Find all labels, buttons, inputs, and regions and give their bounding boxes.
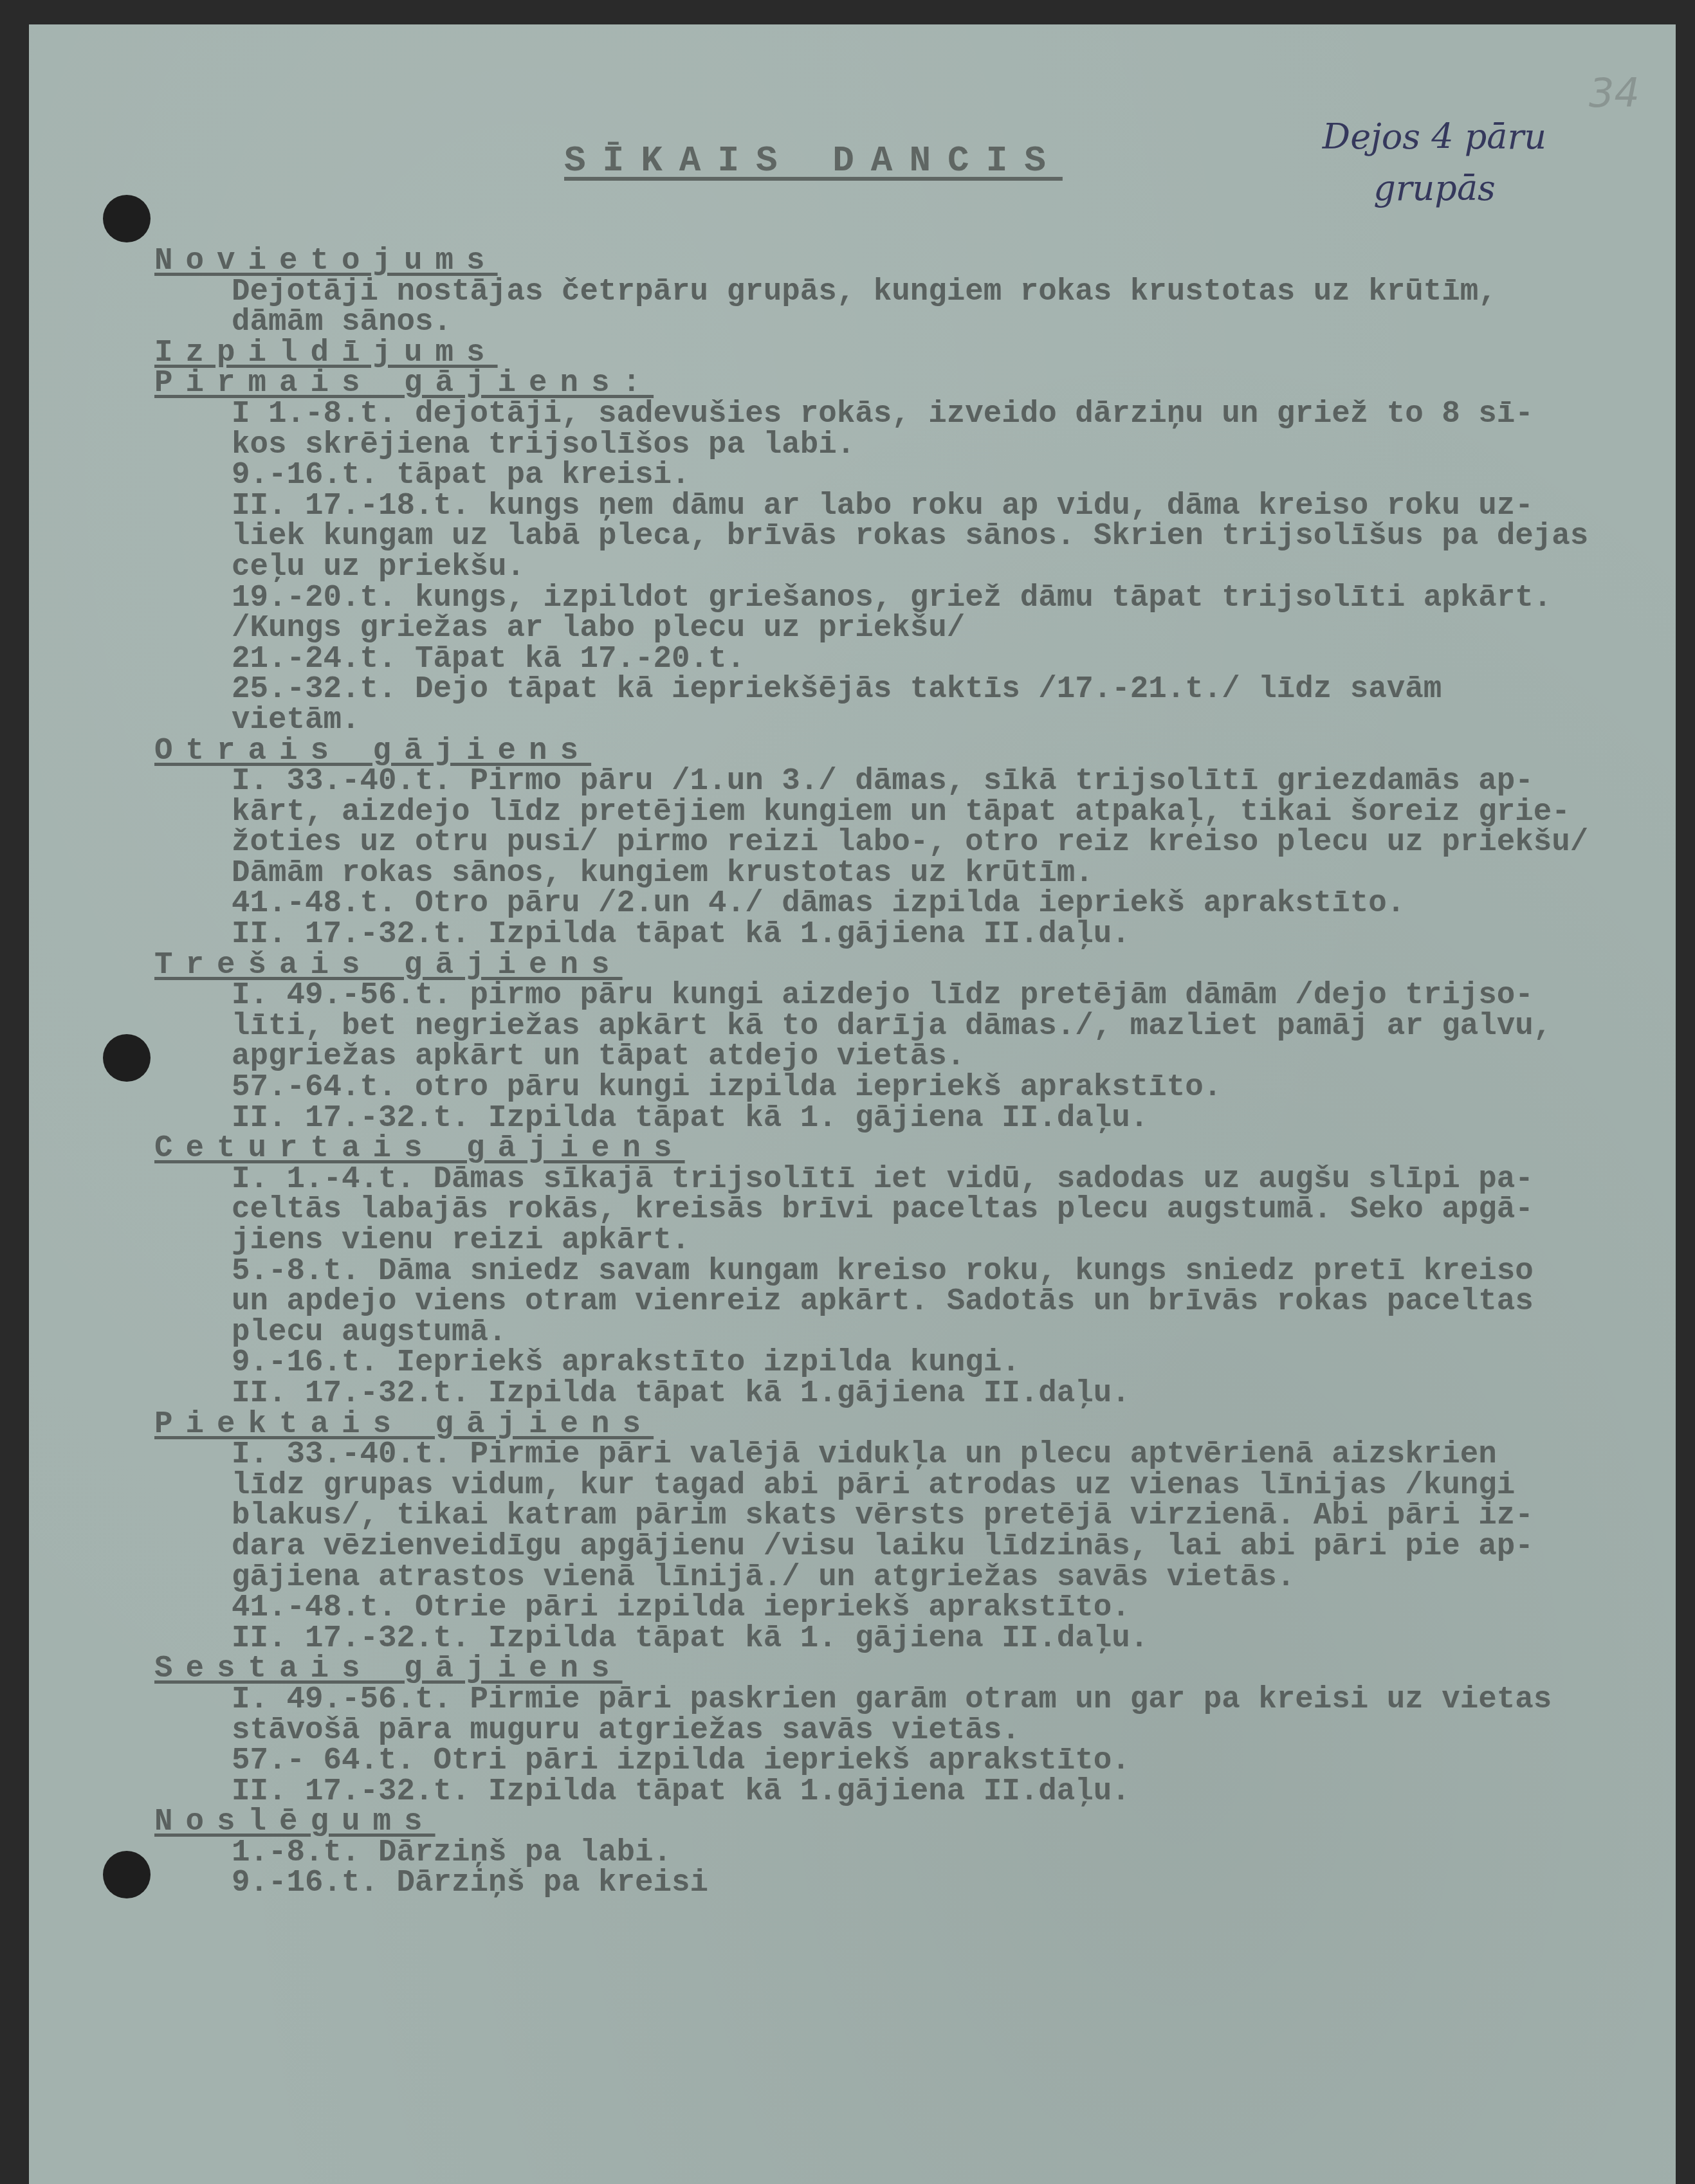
section-heading: Otrais gājiens <box>154 736 1685 767</box>
section-heading: Piektais gājiens <box>154 1410 1685 1441</box>
text-line: līti, bet negriežas apkārt kā to darīja … <box>154 1012 1685 1042</box>
text-line: II. 17.-32.t. Izpilda tāpat kā 1. gājien… <box>154 1104 1685 1134</box>
punch-hole <box>103 195 151 242</box>
text-line: plecu augstumā. <box>154 1318 1685 1349</box>
page-number: 34 <box>1589 69 1640 116</box>
section-heading: Pirmais gājiens: <box>154 369 1685 399</box>
text-line: 1.-8.t. Dārziņš pa labi. <box>154 1838 1685 1869</box>
text-line: gājiena atrastos vienā līnijā./ un atgri… <box>154 1563 1685 1594</box>
text-line: 9.-16.t. Dārziņš pa kreisi <box>154 1868 1685 1899</box>
text-line: Dāmām rokas sānos, kungiem krustotas uz … <box>154 859 1685 889</box>
text-line: celtās labajās rokās, kreisās brīvi pace… <box>154 1195 1685 1226</box>
text-line: liek kungam uz labā pleca, brīvās rokas … <box>154 522 1685 552</box>
punch-hole <box>103 1034 151 1082</box>
text-line: I. 33.-40.t. Pirmo pāru /1.un 3./ dāmas,… <box>154 767 1685 797</box>
text-line: kos skrējiena trijsolīšos pa labi. <box>154 430 1685 461</box>
text-line: ceļu uz priekšu. <box>154 552 1685 583</box>
text-line: 57.-64.t. otro pāru kungi izpilda ieprie… <box>154 1073 1685 1104</box>
text-line: blakus/, tikai katram pārim skats vērsts… <box>154 1501 1685 1532</box>
text-line: 41.-48.t. Otro pāru /2.un 4./ dāmas izpi… <box>154 889 1685 920</box>
section-heading: Trešais gājiens <box>154 951 1685 981</box>
text-line: žoties uz otru pusi/ pirmo reizi labo-, … <box>154 828 1685 859</box>
text-line: 9.-16.t. tāpat pa kreisi. <box>154 460 1685 491</box>
text-line: I. 49.-56.t. pirmo pāru kungi aizdejo lī… <box>154 981 1685 1012</box>
text-line: /Kungs griežas ar labo plecu uz priekšu/ <box>154 614 1685 644</box>
document-body: NovietojumsDejotāji nostājas četrpāru gr… <box>154 246 1685 1899</box>
text-line: līdz grupas vidum, kur tagad abi pāri at… <box>154 1471 1685 1502</box>
text-line: kārt, aizdejo līdz pretējiem kungiem un … <box>154 797 1685 828</box>
section-heading: Novietojums <box>154 246 1685 277</box>
text-line: I 1.-8.t. dejotāji, sadevušies rokās, iz… <box>154 399 1685 430</box>
document-page: 34 Dejos 4 pāru grupās SĪKAIS DANCIS Nov… <box>29 24 1676 2184</box>
text-line: 19.-20.t. kungs, izpildot griešanos, gri… <box>154 583 1685 614</box>
text-line: dara vēzienveidīgu apgājienu /visu laiku… <box>154 1532 1685 1563</box>
text-line: vietām. <box>154 705 1685 736</box>
text-line: 5.-8.t. Dāma sniedz savam kungam kreiso … <box>154 1257 1685 1288</box>
text-line: II. 17.-32.t. Izpilda tāpat kā 1.gājiena… <box>154 1777 1685 1808</box>
document-title: SĪKAIS DANCIS <box>564 140 1063 181</box>
handwritten-line: grupās <box>1296 163 1573 214</box>
text-line: dāmām sānos. <box>154 307 1685 338</box>
punch-hole <box>103 1851 151 1898</box>
text-line: II. 17.-18.t. kungs ņem dāmu ar labo rok… <box>154 491 1685 522</box>
section-heading: Ceturtais gājiens <box>154 1134 1685 1165</box>
text-line: jiens vienu reizi apkārt. <box>154 1226 1685 1257</box>
section-heading: Noslēgums <box>154 1807 1685 1838</box>
text-line: I. 33.-40.t. Pirmie pāri valējā vidukļa … <box>154 1440 1685 1471</box>
section-heading: Izpildījums <box>154 338 1685 369</box>
text-line: 57.- 64.t. Otri pāri izpilda iepriekš ap… <box>154 1746 1685 1777</box>
text-line: II. 17.-32.t. Izpilda tāpat kā 1.gājiena… <box>154 920 1685 951</box>
text-line: I. 1.-4.t. Dāmas sīkajā trijsolītī iet v… <box>154 1165 1685 1196</box>
text-line: 21.-24.t. Tāpat kā 17.-20.t. <box>154 644 1685 675</box>
handwritten-line: Dejos 4 pāru <box>1296 111 1573 163</box>
text-line: 25.-32.t. Dejo tāpat kā iepriekšējās tak… <box>154 675 1685 705</box>
text-line: 41.-48.t. Otrie pāri izpilda iepriekš ap… <box>154 1593 1685 1624</box>
text-line: un apdejo viens otram vienreiz apkārt. S… <box>154 1287 1685 1318</box>
text-line: II. 17.-32.t. Izpilda tāpat kā 1. gājien… <box>154 1624 1685 1655</box>
text-line: 9.-16.t. Iepriekš aprakstīto izpilda kun… <box>154 1348 1685 1379</box>
text-line: Dejotāji nostājas četrpāru grupās, kungi… <box>154 277 1685 308</box>
text-line: apgriežas apkārt un tāpat atdejo vietās. <box>154 1042 1685 1073</box>
handwritten-note: Dejos 4 pāru grupās <box>1296 111 1573 214</box>
text-line: stāvošā pāra muguru atgriežas savās viet… <box>154 1716 1685 1747</box>
section-heading: Sestais gājiens <box>154 1654 1685 1685</box>
text-line: I. 49.-56.t. Pirmie pāri paskrien garām … <box>154 1685 1685 1716</box>
text-line: II. 17.-32.t. Izpilda tāpat kā 1.gājiena… <box>154 1379 1685 1410</box>
